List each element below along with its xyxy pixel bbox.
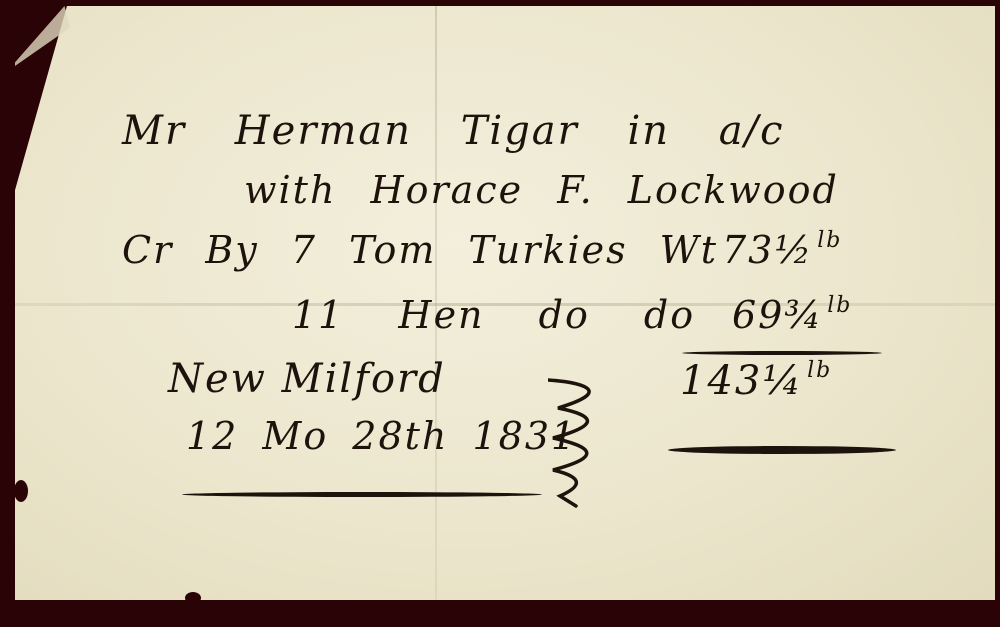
entry-description: Cr By 7 Tom Turkies Wt: [122, 228, 718, 272]
entry-row-hens: 11 Hen do do 69¾lb: [292, 293, 695, 337]
brace-flourish-icon: [548, 378, 608, 508]
entry-description: 11 Hen do do: [292, 293, 695, 337]
date-underline: [182, 492, 542, 497]
date-line: 12 Mo 28th 1831: [186, 414, 577, 458]
place-name: New Milford: [168, 356, 446, 402]
entry-amount: 69¾lb: [732, 293, 852, 337]
entry-row-turkeys: Cr By 7 Tom Turkies Wt 73½lb: [122, 228, 718, 272]
creditor-line: with Horace F. Lockwood: [244, 168, 839, 212]
paper-damage: [14, 480, 28, 502]
addressee-line: Mr Herman Tigar in a/c: [122, 108, 784, 154]
total-amount: 143¼lb: [680, 358, 832, 404]
paper-damage: [185, 592, 201, 604]
total-underline: [668, 446, 896, 454]
entry-amount: 73½lb: [722, 228, 842, 272]
sum-rule: [682, 351, 882, 355]
